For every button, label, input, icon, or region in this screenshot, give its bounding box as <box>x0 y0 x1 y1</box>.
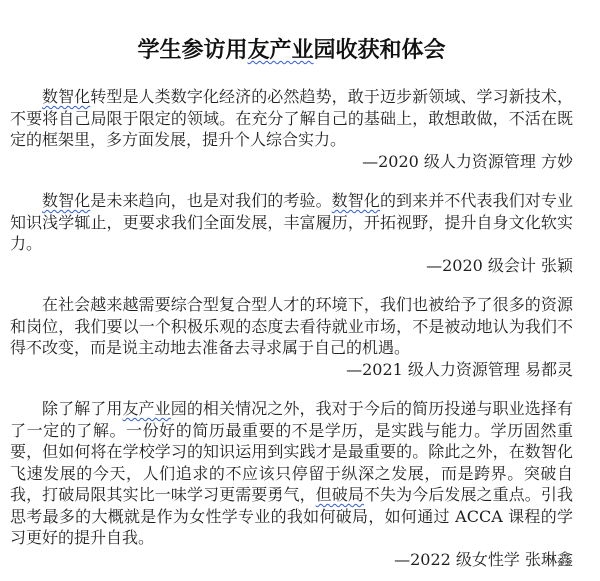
testimonial-section-3: 在社会越来越需要综合型复合型人才的环境下，我们也被给予了很多的资源和岗位，我们要… <box>10 294 573 380</box>
attribution: —2022 级女性学 张琳鑫 <box>10 549 573 571</box>
text-run: 是未来趋向，也是对我们的考验。 <box>90 191 331 210</box>
text-run: 转型是人类数字化经济的必然趋势，敢于迈步新领域、学习新技术，不要将自己局限于限定… <box>10 87 573 149</box>
spellcheck-flagged-text: 数智化 <box>42 191 90 210</box>
text-run: 除了解了用 <box>42 399 122 418</box>
text-run: 学生参访用 <box>137 37 247 63</box>
spellcheck-flagged-text: 数智化 <box>332 191 380 210</box>
text-run: 在社会越来越需要综合型复合型人才的环境下，我们也被给予了很多的资源和岗位，我们要… <box>10 295 573 357</box>
paragraph: 除了解了用友产业园的相关情况之外，我对于今后的简历投递与职业选择有了一定的了解。… <box>10 398 573 549</box>
attribution: —2020 级人力资源管理 方妙 <box>10 151 573 173</box>
spellcheck-flagged-text: 但破局 <box>316 485 364 504</box>
paragraph: 在社会越来越需要综合型复合型人才的环境下，我们也被给予了很多的资源和岗位，我们要… <box>10 294 573 359</box>
testimonial-section-2: 数智化是未来趋向，也是对我们的考验。数智化的到来并不代表我们对专业知识浅学辄止，… <box>10 190 573 276</box>
document-title: 学生参访用友产业园收获和体会 <box>10 36 573 64</box>
attribution: —2021 级人力资源管理 易都灵 <box>10 359 573 381</box>
spellcheck-flagged-text: 数智化 <box>42 87 90 106</box>
attribution: —2020 级会计 张颖 <box>10 255 573 277</box>
testimonial-section-1: 数智化转型是人类数字化经济的必然趋势，敢于迈步新领域、学习新技术，不要将自己局限… <box>10 86 573 172</box>
spellcheck-flagged-text: 友产业 <box>247 37 313 63</box>
document-page: 学生参访用友产业园收获和体会 数智化转型是人类数字化经济的必然趋势，敢于迈步新领… <box>0 0 600 581</box>
text-run: 园收获和体会 <box>314 37 446 63</box>
paragraph: 数智化转型是人类数字化经济的必然趋势，敢于迈步新领域、学习新技术，不要将自己局限… <box>10 86 573 151</box>
testimonial-section-4: 除了解了用友产业园的相关情况之外，我对于今后的简历投递与职业选择有了一定的了解。… <box>10 398 573 570</box>
paragraph: 数智化是未来趋向，也是对我们的考验。数智化的到来并不代表我们对专业知识浅学辄止，… <box>10 190 573 255</box>
spellcheck-flagged-text: 友产业 <box>122 399 170 418</box>
